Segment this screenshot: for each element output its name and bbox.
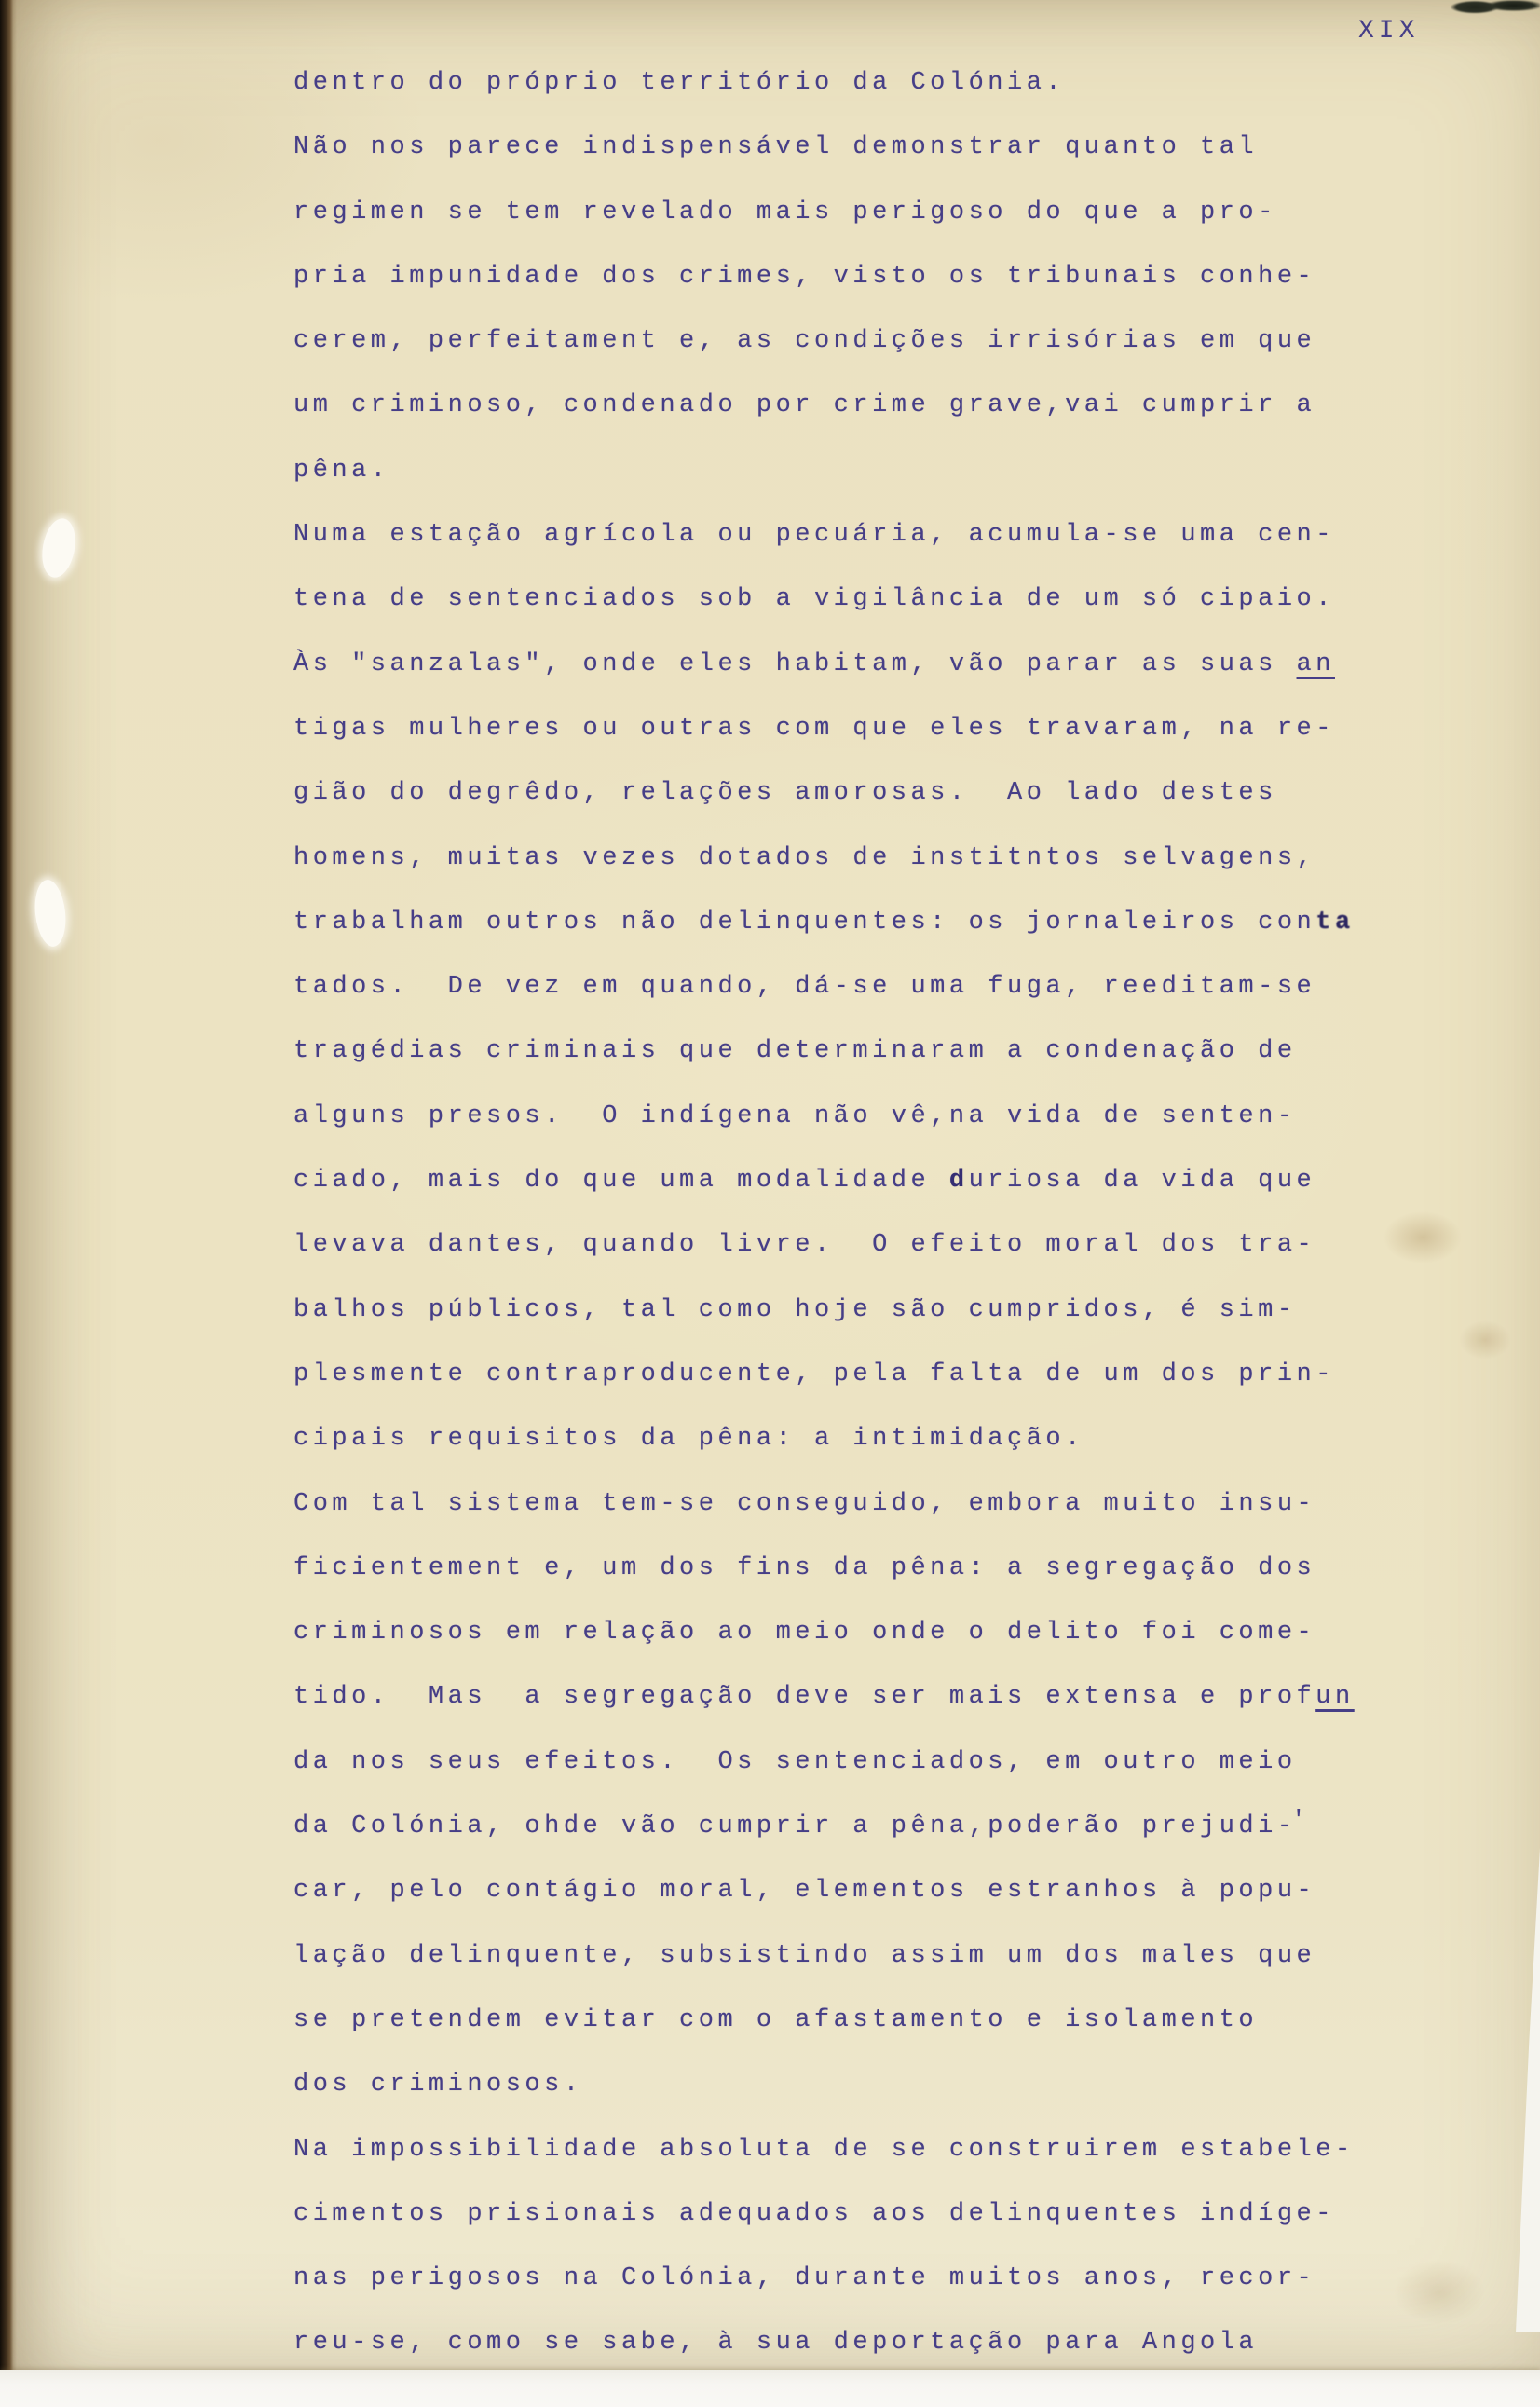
- text-line: pêna.: [293, 439, 1393, 503]
- text-line: alguns presos. O indígena não vê,na vida…: [293, 1085, 1393, 1149]
- text-line: regimen se tem revelado mais perigoso do…: [293, 181, 1393, 245]
- text-line: trabalham outros não delinquentes: os jo…: [293, 891, 1393, 955]
- text-line: tido. Mas a segregação deve ser mais ext…: [293, 1665, 1393, 1730]
- text-line: ciado, mais do que uma modalidade durios…: [293, 1149, 1393, 1213]
- text-line: Às "sanzalas", onde eles habitam, vão pa…: [293, 633, 1393, 697]
- text-line: se pretendem evitar com o afastamento e …: [293, 1989, 1393, 2053]
- text-line: pria impunidade dos crimes, visto os tri…: [293, 245, 1393, 309]
- text-line: Numa estação agrícola ou pecuária, acumu…: [293, 503, 1393, 568]
- text-line: car, pelo contágio moral, elementos estr…: [293, 1859, 1393, 1923]
- text-line: cipais requisitos da pêna: a intimidação…: [293, 1407, 1393, 1471]
- text-line: dentro do próprio território da Colónia.: [293, 51, 1393, 116]
- text-line: homens, muitas vezes dotados de institnt…: [293, 827, 1393, 891]
- text-line: gião do degrêdo, relações amorosas. Ao l…: [293, 761, 1393, 826]
- text-line: Com tal sistema tem-se conseguido, embor…: [293, 1472, 1393, 1537]
- paper-hole-spot: [32, 879, 68, 949]
- text-line: tigas mulheres ou outras com que eles tr…: [293, 697, 1393, 761]
- text-line: um criminoso, condenado por crime grave,…: [293, 374, 1393, 438]
- page-right-edge: [1516, 1848, 1540, 2332]
- paper-hole-spot: [38, 516, 80, 581]
- text-line: Não nos parece indispensável demonstrar …: [293, 116, 1393, 180]
- text-line: ficientement e, um dos fins da pêna: a s…: [293, 1537, 1393, 1601]
- text-line: criminosos em relação ao meio onde o del…: [293, 1601, 1393, 1665]
- text-line: dos criminosos.: [293, 2053, 1393, 2117]
- text-line: Na impossibilidade absoluta de se constr…: [293, 2118, 1393, 2182]
- stray-pen-mark: ': [1291, 1806, 1306, 1834]
- text-line: da Colónia, ohde vão cumprir a pêna,pode…: [293, 1795, 1393, 1859]
- text-line: plesmente contraproducente, pela falta d…: [293, 1343, 1393, 1407]
- text-line: tena de sentenciados sob a vigilância de…: [293, 568, 1393, 632]
- text-line: cimentos prisionais adequados aos delinq…: [293, 2182, 1393, 2247]
- scanned-page: XIX dentro do próprio território da Coló…: [0, 0, 1540, 2370]
- ink-blot-top-right: [1447, 0, 1540, 16]
- typewritten-text: dentro do próprio território da Colónia.…: [293, 51, 1393, 2376]
- page-number: XIX: [1358, 17, 1419, 46]
- text-line: da nos seus efeitos. Os sentenciados, em…: [293, 1730, 1393, 1795]
- text-line: reu-se, como se sabe, à sua deportação p…: [293, 2311, 1393, 2375]
- scan-background-strip: [0, 2370, 1540, 2407]
- text-line: lação delinquente, subsistindo assim um …: [293, 1924, 1393, 1989]
- text-line: cerem, perfeitament e, as condições irri…: [293, 309, 1393, 374]
- text-line: nas perigosos na Colónia, durante muitos…: [293, 2247, 1393, 2311]
- text-line: balhos públicos, tal como hoje são cumpr…: [293, 1279, 1393, 1343]
- text-line: levava dantes, quando livre. O efeito mo…: [293, 1213, 1393, 1278]
- text-line: tragédias criminais que determinaram a c…: [293, 1019, 1393, 1084]
- page-left-edge-shadow: [0, 0, 17, 2370]
- text-line: tados. De vez em quando, dá-se uma fuga,…: [293, 955, 1393, 1019]
